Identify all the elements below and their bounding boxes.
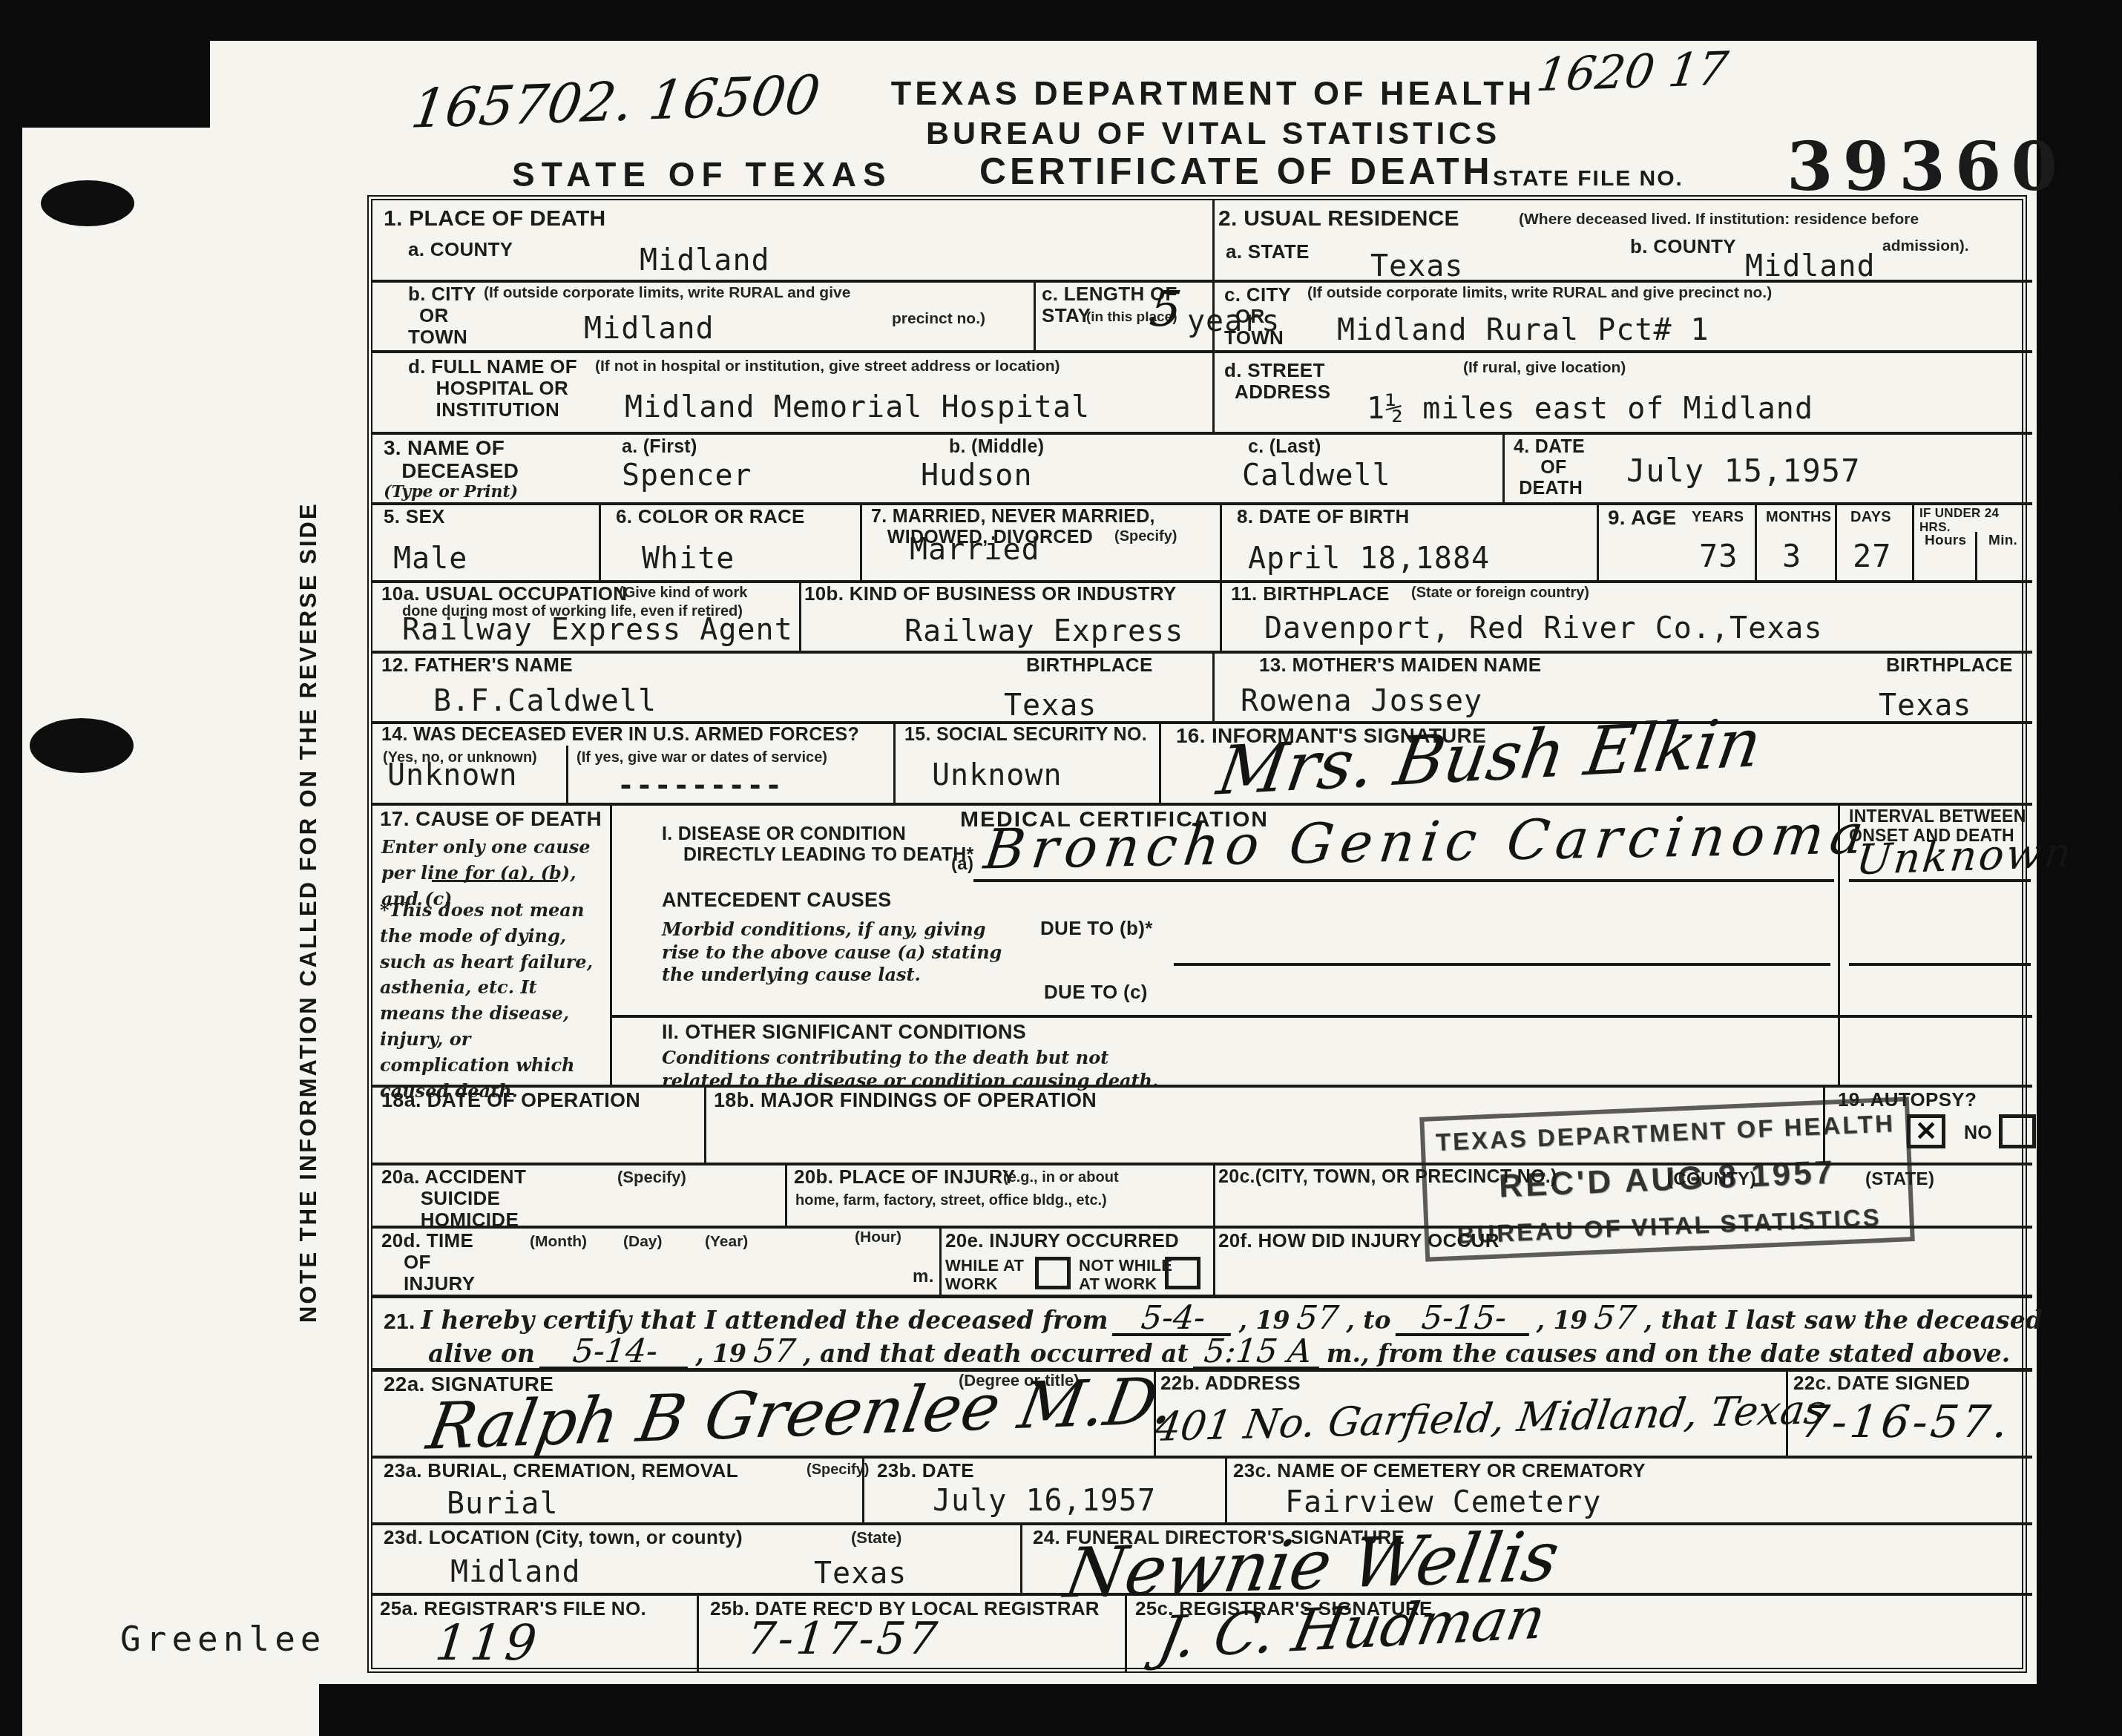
year-handwritten: 57	[1591, 1303, 1639, 1333]
burial-location-label: 23d. LOCATION (City, town, or county)	[384, 1527, 743, 1548]
street-address-label: d. STREET ADDRESS	[1224, 360, 1330, 403]
attended-from-value: 5-4-	[1112, 1303, 1235, 1336]
major-findings-label: 18b. MAJOR FINDINGS OF OPERATION	[714, 1089, 1097, 1111]
time-of-death-value: 5:15 A	[1192, 1337, 1322, 1370]
date-of-birth-value: April 18,1884	[1248, 542, 1490, 576]
armed-forces-dashes: ---------	[617, 769, 784, 801]
date-of-operation-label: 18a. DATE OF OPERATION	[381, 1089, 640, 1111]
date-of-birth-label: 8. DATE OF BIRTH	[1237, 506, 1410, 527]
certificate-title: CERTIFICATE OF DEATH	[979, 150, 1494, 193]
age-months-value: 3	[1782, 538, 1801, 574]
disease-condition-label: I. DISEASE OR CONDITION DIRECTLY LEADING…	[662, 823, 974, 865]
department-line2: BUREAU OF VITAL STATISTICS	[879, 116, 1547, 152]
usual-residence-hint: (Where deceased lived. If institution: r…	[1519, 211, 1919, 228]
city-hint: (If outside corporate limits, write RURA…	[484, 284, 850, 302]
interval-value: Unknown	[1854, 829, 2076, 884]
city-value: Midland	[584, 312, 715, 346]
stamp-line1: TEXAS DEPARTMENT OF HEALTH	[1435, 1109, 1896, 1157]
reverse-side-note: NOTE THE INFORMATION CALLED FOR ON THE R…	[295, 347, 332, 1323]
mother-birthplace-label: BIRTHPLACE	[1886, 654, 2013, 676]
mother-name-label: 13. MOTHER'S MAIDEN NAME	[1259, 654, 1541, 676]
other-conditions-note: Conditions contributing to the death but…	[662, 1046, 1158, 1092]
age-min-label: Min.	[1988, 533, 2017, 548]
physician-address-value: 401 No. Garfield, Midland, Texas	[1152, 1386, 1828, 1450]
father-birthplace-label: BIRTHPLACE	[1026, 654, 1153, 676]
rule	[1502, 432, 1505, 502]
date-of-death-value: July 15,1957	[1626, 453, 1860, 489]
rule	[973, 879, 1834, 882]
certify-text: m., from the causes and on the date stat…	[1327, 1339, 2011, 1368]
armed-forces-label: 14. WAS DECEASED EVER IN U.S. ARMED FORC…	[381, 724, 859, 745]
type-or-print-hint: (Type or Print)	[384, 481, 518, 504]
injury-year-label: (Year)	[705, 1233, 748, 1251]
first-name-value: Spencer	[622, 458, 752, 493]
rule	[372, 651, 2032, 654]
usual-residence-hint2: admission).	[1882, 237, 1969, 255]
registrar-file-value: 119	[433, 1614, 543, 1671]
mother-birthplace-value: Texas	[1879, 688, 1971, 723]
rule	[599, 502, 601, 580]
certify-text: , to	[1346, 1306, 1390, 1335]
rule	[1755, 502, 1757, 580]
autopsy-yes-checkbox: ✕	[1907, 1114, 1945, 1148]
date-of-death-label: 4. DATE OF DEATH	[1514, 436, 1585, 499]
rule	[372, 432, 2032, 435]
father-name-label: 12. FATHER'S NAME	[381, 654, 573, 676]
injury-occurred-label: 20e. INJURY OCCURRED	[945, 1230, 1179, 1252]
first-name-label: a. (First)	[622, 436, 697, 457]
certify-text: , 19	[1537, 1306, 1588, 1335]
color-race-label: 6. COLOR OR RACE	[616, 506, 805, 527]
rule	[860, 502, 862, 580]
autopsy-no-label: NO	[1964, 1122, 1992, 1143]
age-days-value: 27	[1853, 538, 1892, 574]
cause-note2: *This does not mean the mode of dying, s…	[380, 898, 606, 1104]
punch-hole	[41, 180, 134, 226]
rule	[372, 350, 2032, 353]
rule	[1174, 963, 1830, 966]
middle-name-value: Hudson	[921, 458, 1033, 493]
year-handwritten: 57	[751, 1337, 798, 1367]
burial-value: Burial	[447, 1487, 559, 1521]
informant-signature: Mrs. Bush Elkin	[1212, 703, 1767, 810]
cause-a-tag: (a)	[951, 855, 973, 875]
rule	[1849, 879, 2031, 882]
place-of-injury-hint2: home, farm, factory, street, office bldg…	[795, 1192, 1107, 1209]
residence-state-label: a. STATE	[1226, 241, 1310, 263]
rule	[610, 1015, 2032, 1018]
rule	[697, 1593, 699, 1673]
birthplace-hint: (State or foreign country)	[1411, 585, 1589, 602]
burial-state-label: (State)	[851, 1528, 901, 1547]
place-of-injury-hint1: (e.g., in or about	[1003, 1169, 1119, 1186]
certify-text: , and that death occurred at	[803, 1339, 1189, 1368]
certificate-paper-corner	[22, 1673, 319, 1736]
hospital-value: Midland Memorial Hospital	[625, 390, 1090, 424]
due-to-c-label: DUE TO (c)	[1044, 982, 1148, 1003]
attended-to-value: 5-15-	[1395, 1303, 1532, 1336]
rule	[372, 1522, 2032, 1525]
certify-text: , that I last saw the deceased	[1643, 1306, 2042, 1335]
registrar-date-value: 7-17-57	[744, 1613, 942, 1665]
street-address-value: 1½ miles east of Midland	[1367, 392, 1813, 426]
rule	[372, 1295, 2032, 1298]
ssn-value: Unknown	[932, 758, 1062, 792]
occupation-value: Railway Express Agent	[402, 613, 793, 647]
burial-hint: (Specify)	[807, 1462, 869, 1479]
not-while-at-work-label: NOT WHILE AT WORK	[1079, 1257, 1172, 1293]
mother-name-value: Rowena Jossey	[1241, 684, 1482, 718]
accident-hint: (Specify)	[617, 1168, 686, 1186]
department-header: TEXAS DEPARTMENT OF HEALTH BUREAU OF VIT…	[879, 74, 1547, 152]
stamp-line2: REC'D AUG 8 1957	[1498, 1154, 1836, 1205]
rule	[799, 580, 801, 651]
penciled-file-number: 1620 17	[1534, 41, 1732, 102]
cemetery-value: Fairview Cemetery	[1285, 1485, 1601, 1519]
marital-status-hint: (Specify)	[1114, 528, 1177, 545]
residence-state-value: Texas	[1370, 249, 1463, 283]
marital-status-value: Married	[910, 533, 1040, 567]
age-years-value: 73	[1699, 538, 1738, 574]
residence-city-hint: (If outside corporate limits, write RURA…	[1307, 284, 1772, 302]
morbid-conditions-note: Morbid conditions, if any, giving rise t…	[662, 918, 1002, 987]
rule	[432, 880, 558, 882]
rule	[704, 1085, 706, 1163]
certify-statement-line1: 21. I hereby certify that I attended the…	[384, 1303, 2043, 1336]
certify-text: I hereby certify that I attended the dec…	[421, 1306, 1108, 1335]
age-days-label: DAYS	[1850, 509, 1891, 525]
rule	[1912, 502, 1914, 580]
rule	[1597, 502, 1599, 580]
certify-number: 21.	[384, 1309, 415, 1335]
greenlee-annotation: Greenlee	[120, 1619, 326, 1659]
rule	[1220, 580, 1222, 651]
birthplace-value: Davenport, Red River Co.,Texas	[1264, 611, 1822, 645]
rule	[1220, 502, 1222, 580]
rule	[1034, 280, 1036, 350]
rule	[1213, 1163, 1215, 1295]
rule	[1159, 721, 1161, 803]
residence-city-value: Midland Rural Pct# 1	[1337, 313, 1709, 347]
rule	[1212, 651, 1215, 721]
rule	[372, 1085, 2032, 1088]
age-years-label: YEARS	[1692, 509, 1744, 525]
armed-forces-hint2: (If yes, give war or dates of service)	[577, 749, 827, 766]
certify-text: alive on	[428, 1339, 535, 1368]
time-of-injury-label: 20d. TIME OF INJURY	[381, 1230, 475, 1295]
age-hours-label: Hours	[1925, 533, 1966, 548]
not-while-at-work-checkbox	[1165, 1257, 1200, 1289]
certify-text: , 19	[695, 1339, 746, 1368]
injury-m-label: m.	[913, 1267, 934, 1287]
rule	[1849, 963, 2031, 966]
other-conditions-label: II. OTHER SIGNIFICANT CONDITIONS	[662, 1021, 1026, 1043]
while-at-work-label: WHILE AT WORK	[945, 1257, 1024, 1293]
received-stamp: TEXAS DEPARTMENT OF HEALTH REC'D AUG 8 1…	[1419, 1096, 1915, 1261]
certify-text: , 19	[1238, 1306, 1290, 1335]
father-birthplace-value: Texas	[1004, 688, 1097, 723]
rule	[1975, 532, 1977, 580]
year-handwritten: 57	[1294, 1303, 1341, 1333]
scan-artifact	[0, 0, 210, 128]
birthplace-label: 11. BIRTHPLACE	[1231, 583, 1390, 605]
color-race-value: White	[642, 542, 735, 576]
age-label: 9. AGE	[1608, 506, 1677, 529]
city-hint2: precinct no.)	[892, 310, 985, 328]
accident-suicide-label: 20a. ACCIDENT SUICIDE HOMICIDE	[381, 1166, 526, 1231]
armed-forces-value: Unknown	[387, 758, 518, 792]
rule	[1225, 1456, 1227, 1522]
usual-residence-title: 2. USUAL RESIDENCE	[1218, 206, 1459, 231]
residence-city-label: c. CITY OR TOWN	[1224, 284, 1291, 349]
sex-value: Male	[393, 542, 467, 576]
injury-month-label: (Month)	[530, 1233, 587, 1251]
scan-artifact	[2106, 449, 2122, 534]
due-to-b-label: DUE TO (b)*	[1040, 918, 1153, 939]
length-of-stay-number: 5	[1147, 280, 1184, 338]
punch-hole	[30, 718, 134, 773]
burial-date-value: July 16,1957	[933, 1484, 1156, 1518]
industry-label: 10b. KIND OF BUSINESS OR INDUSTRY	[804, 583, 1177, 605]
state-file-label: STATE FILE NO.	[1493, 166, 1684, 191]
cause-of-death-label: 17. CAUSE OF DEATH	[380, 807, 602, 830]
county-value: Midland	[640, 243, 770, 277]
name-of-deceased-title: 3. NAME OF DECEASED	[384, 436, 519, 483]
age-months-label: MONTHS	[1766, 509, 1831, 525]
department-line1: TEXAS DEPARTMENT OF HEALTH	[879, 74, 1547, 113]
cemetery-label: 23c. NAME OF CEMETERY OR CREMATORY	[1233, 1460, 1646, 1482]
scanned-death-certificate: NOTE THE INFORMATION CALLED FOR ON THE R…	[0, 0, 2122, 1736]
rule	[939, 1226, 942, 1295]
injury-day-label: (Day)	[623, 1233, 663, 1251]
rule	[785, 1163, 787, 1226]
rule	[893, 721, 896, 803]
certificate-form: 1. PLACE OF DEATH a. COUNTY Midland b. C…	[367, 195, 2027, 1673]
father-name-value: B.F.Caldwell	[433, 684, 657, 718]
industry-value: Railway Express	[904, 614, 1183, 648]
ssn-label: 15. SOCIAL SECURITY NO.	[904, 724, 1147, 745]
hospital-hint: (If not in hospital or institution, give…	[595, 358, 1060, 375]
street-address-hint: (If rural, give location)	[1463, 359, 1626, 377]
place-of-death-title: 1. PLACE OF DEATH	[384, 206, 606, 231]
hospital-label: d. FULL NAME OF HOSPITAL OR INSTITUTION	[408, 356, 577, 421]
rule	[1835, 502, 1837, 580]
burial-location-value: Midland	[450, 1555, 581, 1589]
date-signed-value: 7-16-57.	[1798, 1396, 2013, 1448]
last-seen-alive-value: 5-14-	[539, 1337, 692, 1370]
last-name-value: Caldwell	[1242, 458, 1391, 493]
rule	[566, 746, 568, 803]
residence-county-label: b. COUNTY	[1630, 236, 1736, 257]
rule	[1020, 1522, 1022, 1593]
burial-state-value: Texas	[814, 1556, 907, 1591]
while-at-work-checkbox	[1035, 1257, 1071, 1289]
last-name-label: c. (Last)	[1248, 436, 1321, 457]
burial-date-label: 23b. DATE	[877, 1460, 974, 1482]
residence-county-value: Midland	[1745, 249, 1876, 283]
autopsy-no-checkbox	[1999, 1114, 2036, 1148]
occupation-label: 10a. USUAL OCCUPATION	[381, 583, 627, 605]
injury-hour-label: (Hour)	[855, 1229, 901, 1246]
age-under24-label: IF UNDER 24 HRS.	[1919, 506, 2022, 534]
occupation-hint1: (Give kind of work	[619, 585, 747, 602]
physician-address-label: 22b. ADDRESS	[1160, 1372, 1301, 1394]
place-of-injury-label: 20b. PLACE OF INJURY	[794, 1166, 1015, 1188]
antecedent-causes-label: ANTECEDENT CAUSES	[662, 889, 892, 911]
state-of-texas: STATE OF TEXAS	[512, 154, 893, 194]
sex-label: 5. SEX	[384, 506, 445, 527]
middle-name-label: b. (Middle)	[949, 436, 1044, 457]
rule	[610, 803, 612, 1085]
certify-statement-line2: alive on 5-14- , 19 57 , and that death …	[428, 1337, 2010, 1370]
stamp-line3: BUREAU OF VITAL STATISTICS	[1456, 1203, 1882, 1249]
county-label: a. COUNTY	[408, 239, 513, 260]
city-label: b. CITY OR TOWN	[408, 283, 476, 348]
